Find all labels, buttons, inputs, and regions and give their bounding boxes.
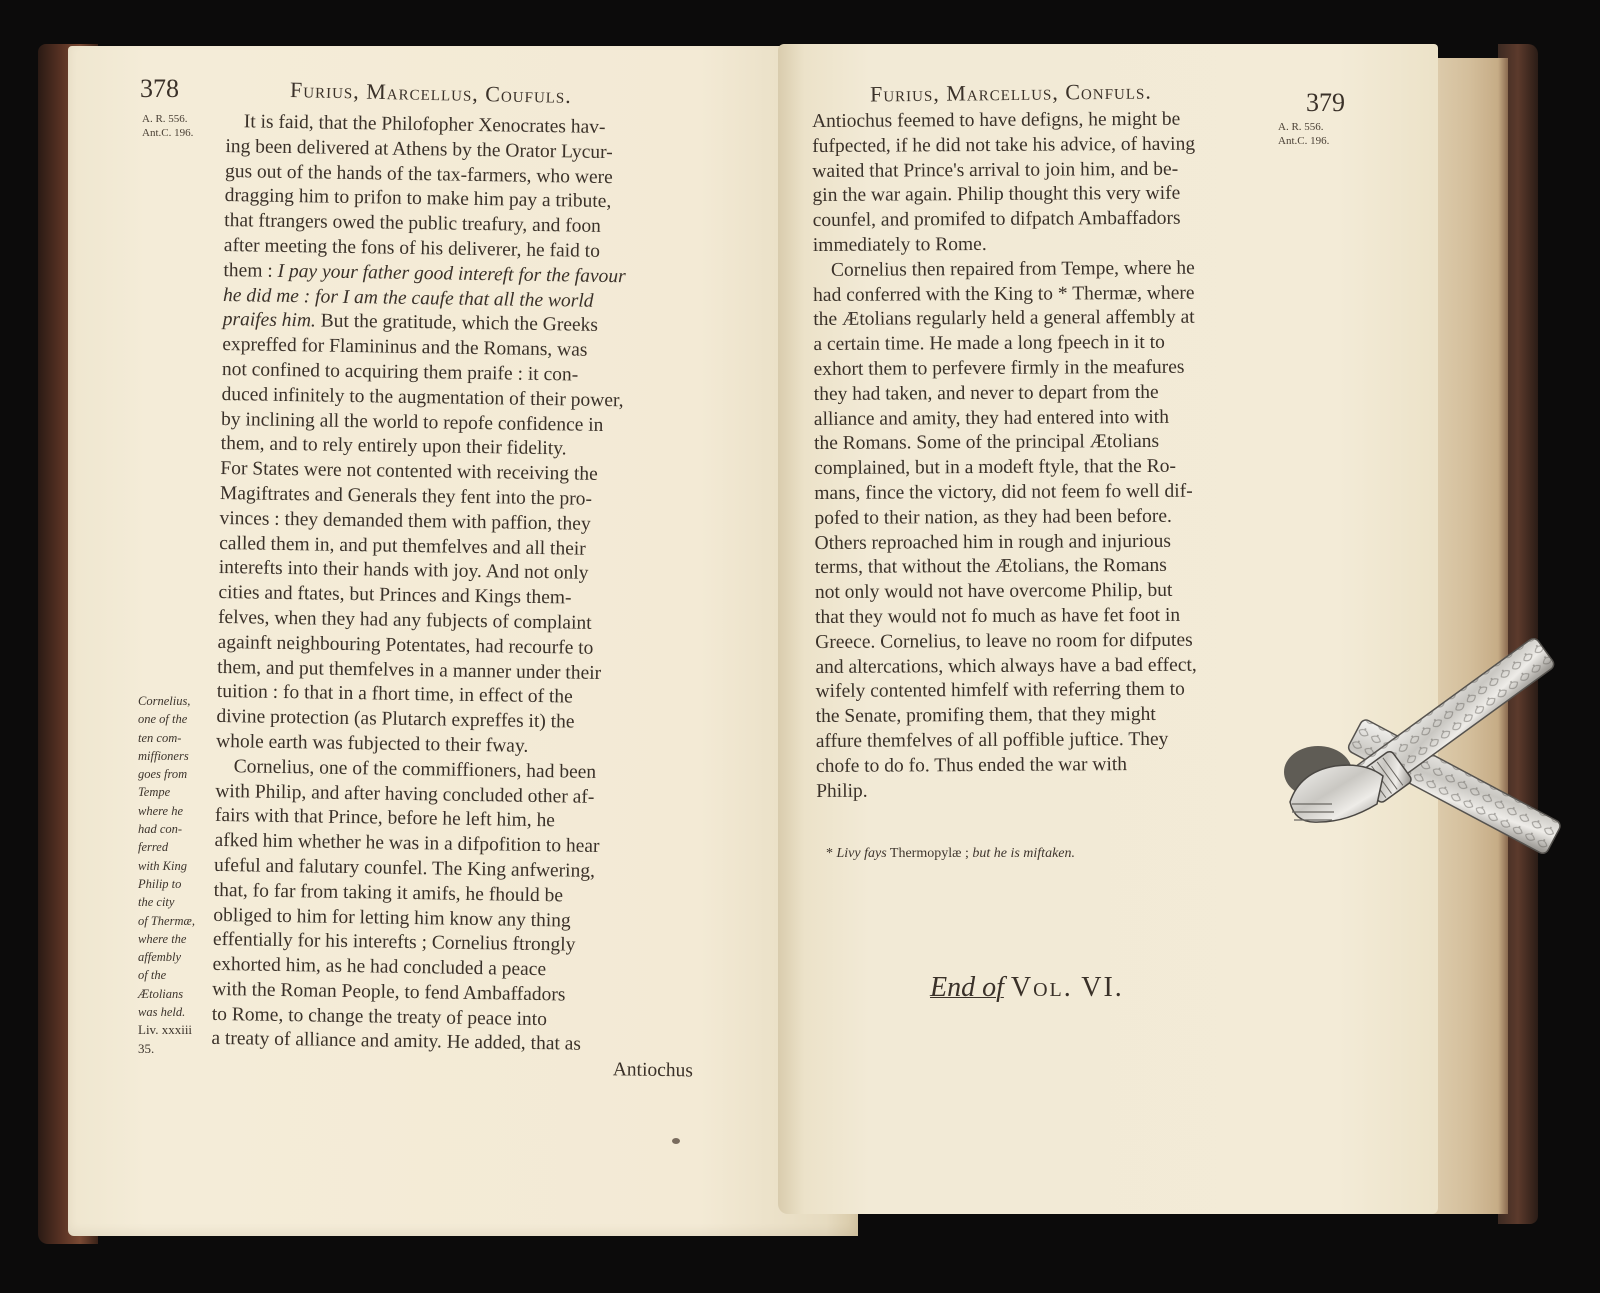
- left-page-number: 378: [140, 74, 179, 104]
- side-note-line: Philip to: [138, 875, 195, 893]
- quotation: I pay your father good intereft for the …: [277, 261, 625, 287]
- right-page-number: 379: [1306, 88, 1345, 118]
- side-note-line: where the: [138, 930, 195, 948]
- side-note-reference: 35.: [138, 1040, 195, 1058]
- text-line: waited that Prince's arrival to join him…: [812, 157, 1272, 185]
- text-line: wifely contented himfelf with referring …: [815, 678, 1275, 706]
- text-line: the Ætolians regularly held a general af…: [813, 306, 1273, 334]
- side-note-line: had con-: [138, 820, 195, 838]
- side-note-line: goes from: [138, 765, 195, 783]
- margin-date-antc: Ant.C. 196.: [1278, 134, 1329, 148]
- side-note-line: the city: [138, 893, 195, 911]
- text-line: that they would not fo much as have fet …: [815, 603, 1275, 631]
- side-note-line: affembly: [138, 948, 195, 966]
- footnote-mark: *: [826, 846, 833, 861]
- left-side-note: Cornelius, one of the ten com- miffioner…: [138, 692, 195, 1058]
- text-line: Others reproached him in rough and injur…: [815, 529, 1275, 557]
- right-page-body: Antiochus feemed to have defigns, he mig…: [812, 107, 1276, 804]
- text-line: they had taken, and never to depart from…: [814, 380, 1274, 408]
- side-note-line: where he: [138, 802, 195, 820]
- text-line: Cornelius then repaired from Tempe, wher…: [813, 256, 1273, 284]
- text-line: fufpected, if he did not take his advice…: [812, 132, 1272, 160]
- text-line: alliance and amity, they had entered int…: [814, 405, 1274, 433]
- text-line: affure themfelves of all poffible juftic…: [816, 727, 1276, 755]
- side-note-line: Cornelius,: [138, 692, 195, 710]
- text-line: immediately to Rome.: [813, 231, 1273, 259]
- left-margin-date: A. R. 556. Ant.C. 196.: [142, 112, 193, 140]
- text-line: complained, but in a modeft ftyle, that …: [814, 454, 1274, 482]
- text-line: not only would not have overcome Philip,…: [815, 578, 1275, 606]
- end-of-volume: End of Vol. VI.: [930, 972, 1124, 1004]
- margin-date-ar: A. R. 556.: [142, 112, 193, 126]
- side-note-line: of the: [138, 966, 195, 984]
- text-line: terms, that without the Ætolians, the Ro…: [815, 554, 1275, 582]
- text-line: had conferred with the King to * Thermæ,…: [813, 281, 1273, 309]
- ink-spot: [672, 1138, 680, 1144]
- quotation: praifes him.: [223, 309, 316, 331]
- text-line: mans, fince the victory, did not feem fo…: [814, 479, 1274, 507]
- side-note-line: of Thermæ,: [138, 912, 195, 930]
- right-running-head: Furius, Marcellus, Confuls.: [870, 79, 1152, 108]
- footnote-italic: but he is miftaken.: [972, 846, 1075, 861]
- footnote: * Livy fays Thermopylæ ; but he is mifta…: [826, 846, 1075, 862]
- text-line: and altercations, which always have a ba…: [815, 653, 1275, 681]
- side-note-line: miffioners: [138, 747, 195, 765]
- text-line: the Romans. Some of the principal Ætolia…: [814, 430, 1274, 458]
- side-note-line: ten com-: [138, 729, 195, 747]
- right-margin-date: A. R. 556. Ant.C. 196.: [1278, 120, 1329, 148]
- text-line: gin the war again. Philip thought this v…: [812, 182, 1272, 210]
- footnote-italic: Livy fays: [837, 846, 887, 861]
- text-line: pofed to their nation, as they had been …: [814, 504, 1274, 532]
- volume-label: Vol. VI.: [1011, 972, 1124, 1003]
- text-line: chofe to do fo. Thus ended the war with: [816, 752, 1276, 780]
- text-line: a certain time. He made a long fpeech in…: [813, 330, 1273, 358]
- side-note-reference: Liv. xxxiii: [138, 1021, 195, 1039]
- text-line: Antiochus feemed to have defigns, he mig…: [812, 107, 1272, 135]
- end-of-label: End of: [930, 972, 1004, 1003]
- side-note-line: Tempe: [138, 783, 195, 801]
- side-note-line: Ætolians: [138, 985, 195, 1003]
- side-note-line: ferred: [138, 838, 195, 856]
- text-line: Philip.: [816, 777, 1276, 805]
- text-line: the Senate, promifing them, that they mi…: [816, 702, 1276, 730]
- side-note-line: with King: [138, 857, 195, 875]
- side-note-line: one of the: [138, 710, 195, 728]
- text-line: exhort them to perfevere firmly in the m…: [814, 355, 1274, 383]
- margin-date-antc: Ant.C. 196.: [142, 126, 193, 140]
- hand-bookmark-icon: [1270, 632, 1570, 892]
- side-note-line: was held.: [138, 1003, 195, 1021]
- left-page-body: It is faid, that the Philofopher Xenocra…: [211, 110, 708, 1085]
- margin-date-ar: A. R. 556.: [1278, 120, 1329, 134]
- text-line: counfel, and promifed to difpatch Ambaff…: [813, 206, 1273, 234]
- text-line: Greece. Cornelius, to leave no room for …: [815, 628, 1275, 656]
- footnote-term: Thermopylæ ;: [890, 846, 969, 861]
